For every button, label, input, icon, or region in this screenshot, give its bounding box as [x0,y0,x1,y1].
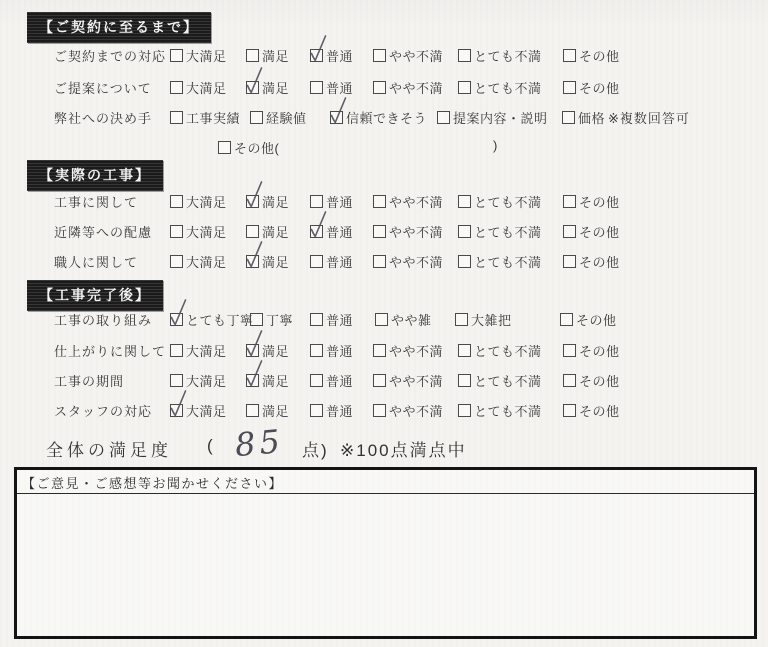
question-row: 工事の取り組みとても丁寧丁寧普通やや雑大雑把その他 [0,310,768,330]
question-label: スタッフの対応 [54,401,152,420]
answer-option: やや雑 [375,310,432,329]
answer-option: とても不満 [458,252,542,271]
option-label: その他 [579,404,620,419]
answer-option: 大満足 [170,46,227,65]
answer-option: 大満足 [170,401,227,420]
option-label: 満足 [262,255,289,270]
option-label: 普通 [326,49,353,64]
answer-option: その他( [218,138,279,157]
check-mark-icon [244,239,265,270]
checkbox[interactable] [562,111,575,124]
max-points-note: ※100点満点中 [340,436,467,461]
comment-box: 【ご意見・ご感想等お聞かせください】 [14,467,757,639]
answer-option: 経験値 [250,108,307,127]
checkbox-checked[interactable] [170,404,183,417]
answer-option: 普通 [310,46,353,65]
multi-answer-note: ※複数回答可 [608,108,690,127]
answer-option: その他 [563,371,620,390]
answer-option: 大満足 [170,78,227,97]
question-label: ご契約までの対応 [54,46,166,65]
answer-option: 普通 [310,401,353,420]
option-label: やや不満 [389,81,443,96]
option-label: とても不満 [474,344,542,359]
checkbox-checked[interactable] [310,49,323,62]
option-label: 満足 [262,374,289,389]
checkbox[interactable] [310,195,323,208]
checkbox[interactable] [563,225,576,238]
answer-option: 普通 [310,341,353,360]
option-label: とても不満 [474,49,542,64]
question-label: 弊社への決め手 [54,108,152,127]
checkbox[interactable] [170,49,183,62]
checkbox[interactable] [563,374,576,387]
checkbox[interactable] [170,344,183,357]
option-label: やや不満 [389,344,443,359]
comment-box-label: 【ご意見・ご感想等お聞かせください】 [22,473,283,492]
option-label: 工事実績 [186,111,240,126]
answer-option: 大雑把 [455,310,512,329]
option-label: 丁寧 [266,313,293,328]
answer-option: その他 [563,78,620,97]
checkbox[interactable] [560,313,573,326]
checkbox[interactable] [310,81,323,94]
checkbox[interactable] [458,374,471,387]
checkbox[interactable] [310,404,323,417]
answer-option: 価格 [562,108,605,127]
answer-option: とても不満 [458,46,542,65]
checkbox[interactable] [310,255,323,268]
section-header: 【ご契約に至るまで】 [27,12,211,43]
answer-option: 満足 [246,371,289,390]
answer-option: とても丁寧 [170,310,254,329]
answer-option: やや不満 [373,46,443,65]
open-paren: ( [207,436,213,456]
option-label: 満足 [262,81,289,96]
option-label: とても不満 [474,195,542,210]
option-label: 普通 [326,81,353,96]
question-row: その他() [0,138,768,158]
checkbox-checked[interactable] [170,313,183,326]
close-paren: ) [493,138,497,153]
question-label: 工事に関して [54,192,138,211]
option-label: その他 [579,49,620,64]
answer-option: やや不満 [373,341,443,360]
comment-label-divider [17,493,754,494]
option-label: 普通 [326,313,353,328]
checkbox[interactable] [170,255,183,268]
answer-option: その他 [563,46,620,65]
checkbox[interactable] [563,255,576,268]
checkbox-checked[interactable] [246,195,259,208]
answer-option: とても不満 [458,401,542,420]
option-label: その他 [579,255,620,270]
option-label: 普通 [326,344,353,359]
answer-option: 満足 [246,78,289,97]
checkbox[interactable] [246,49,259,62]
check-mark-icon [244,179,265,210]
question-row: 近隣等への配慮大満足満足普通やや不満とても不満その他 [0,222,768,242]
checkbox[interactable] [250,313,263,326]
checkbox-checked[interactable] [246,344,259,357]
checkbox[interactable] [373,81,386,94]
option-label: 満足 [262,404,289,419]
check-mark-icon [308,33,329,64]
check-mark-icon [328,95,349,126]
question-label: 工事の期間 [54,371,124,390]
option-label: その他 [579,81,620,96]
answer-option: とても不満 [458,192,542,211]
option-label: 大満足 [186,255,227,270]
option-label: 価格 [578,111,605,126]
option-label: 大満足 [186,374,227,389]
answer-option: とても不満 [458,222,542,241]
answer-option: 信頼できそう [330,108,427,127]
answer-option: その他 [563,401,620,420]
option-label: その他 [579,195,620,210]
option-label: 満足 [262,344,289,359]
option-label: やや不満 [389,195,443,210]
answer-option: その他 [563,341,620,360]
checkbox[interactable] [373,374,386,387]
option-label: その他( [234,141,279,156]
question-row: ご提案について大満足満足普通やや不満とても不満その他 [0,78,768,98]
check-mark-icon [168,388,189,419]
checkbox[interactable] [170,195,183,208]
option-label: 大満足 [186,344,227,359]
option-label: とても不満 [474,374,542,389]
option-label: 満足 [262,49,289,64]
checkbox[interactable] [458,404,471,417]
check-mark-icon [244,358,265,389]
answer-option: その他 [563,252,620,271]
option-label: 普通 [326,255,353,270]
section-header: 【工事完了後】 [27,280,163,311]
answer-option: とても不満 [458,341,542,360]
overall-score-label: 全体の満足度 [46,436,172,461]
answer-option: 普通 [310,252,353,271]
option-label: やや不満 [389,49,443,64]
checkbox[interactable] [170,81,183,94]
option-label: やや不満 [389,374,443,389]
question-row: 工事に関して大満足満足普通やや不満とても不満その他 [0,192,768,212]
checkbox[interactable] [563,195,576,208]
checkbox[interactable] [563,81,576,94]
option-label: 普通 [326,374,353,389]
checkbox[interactable] [563,344,576,357]
overall-score-value-handwritten: 85 [233,422,285,464]
checkbox[interactable] [373,404,386,417]
question-label: 工事の取り組み [54,310,152,329]
answer-option: 普通 [310,310,353,329]
question-row: 仕上がりに関して大満足満足普通やや不満とても不満その他 [0,341,768,361]
checkbox[interactable] [246,225,259,238]
checkbox[interactable] [375,313,388,326]
option-label: 大満足 [186,195,227,210]
checkbox[interactable] [310,374,323,387]
answer-option: やや不満 [373,371,443,390]
checkbox[interactable] [458,225,471,238]
option-label: 満足 [262,195,289,210]
option-label: 提案内容・説明 [453,111,548,126]
option-label: 大満足 [186,81,227,96]
answer-option: 満足 [246,192,289,211]
question-row: スタッフの対応大満足満足普通やや不満とても不満その他 [0,401,768,421]
checkbox[interactable] [373,225,386,238]
answer-option: 大満足 [170,341,227,360]
question-label: 職人に関して [54,252,138,271]
checkbox[interactable] [170,111,183,124]
points-close-paren: 点) [302,436,329,461]
answer-option: とても不満 [458,371,542,390]
option-label: 普通 [326,195,353,210]
checkbox[interactable] [458,195,471,208]
answer-option: とても不満 [458,78,542,97]
answer-option: 満足 [246,252,289,271]
checkbox[interactable] [455,313,468,326]
answer-option: やや不満 [373,192,443,211]
checkbox-checked[interactable] [246,81,259,94]
option-label: やや不満 [389,255,443,270]
check-mark-icon [168,297,189,328]
checkbox[interactable] [458,81,471,94]
answer-option: 満足 [246,46,289,65]
option-label: やや不満 [389,225,443,240]
answer-option: 普通 [310,371,353,390]
option-label: とても不満 [474,81,542,96]
checkbox-checked[interactable] [310,225,323,238]
option-label: とても不満 [474,225,542,240]
answer-option: その他 [560,310,617,329]
answer-option: その他 [563,222,620,241]
checkbox-checked[interactable] [246,255,259,268]
section-header: 【実際の工事】 [27,160,163,191]
checkbox[interactable] [373,344,386,357]
checkbox[interactable] [373,195,386,208]
option-label: とても不満 [474,255,542,270]
answer-option: 普通 [310,222,353,241]
option-label: 大満足 [186,49,227,64]
question-row: ご契約までの対応大満足満足普通やや不満とても不満その他 [0,46,768,66]
checkbox[interactable] [373,255,386,268]
option-label: その他 [576,313,617,328]
option-label: 信頼できそう [346,111,427,126]
answer-option: やや不満 [373,222,443,241]
option-label: 満足 [262,225,289,240]
checkbox[interactable] [373,49,386,62]
option-label: 経験値 [266,111,307,126]
option-label: とても不満 [474,404,542,419]
overall-score-row: 全体の満足度 ( 85 点) ※100点満点中 [0,430,768,464]
answer-option: 大満足 [170,222,227,241]
answer-option: やや不満 [373,78,443,97]
checkbox-checked[interactable] [246,374,259,387]
option-label: その他 [579,344,620,359]
checkbox[interactable] [563,49,576,62]
answer-option: 大満足 [170,252,227,271]
checkbox[interactable] [246,404,259,417]
answer-option: やや不満 [373,252,443,271]
option-label: とても丁寧 [186,313,254,328]
answer-option: 工事実績 [170,108,240,127]
question-row: 工事の期間大満足満足普通やや不満とても不満その他 [0,371,768,391]
comment-input-area[interactable] [17,495,754,636]
question-row: 弊社への決め手工事実績経験値信頼できそう提案内容・説明価格※複数回答可 [0,108,768,128]
checkbox[interactable] [310,344,323,357]
checkbox[interactable] [458,49,471,62]
answer-option: 提案内容・説明 [437,108,548,127]
survey-form-page: 【ご契約に至るまで】ご契約までの対応大満足満足普通やや不満とても不満その他ご提案… [0,0,768,647]
checkbox[interactable] [437,111,450,124]
option-label: その他 [579,374,620,389]
checkbox-checked[interactable] [330,111,343,124]
check-mark-icon [244,65,265,96]
answer-option: 満足 [246,401,289,420]
question-label: ご提案について [54,78,152,97]
option-label: やや雑 [391,313,432,328]
check-mark-icon [308,209,329,240]
answer-option: 大満足 [170,192,227,211]
question-row: 職人に関して大満足満足普通やや不満とても不満その他 [0,252,768,272]
option-label: 普通 [326,404,353,419]
checkbox[interactable] [563,404,576,417]
checkbox[interactable] [250,111,263,124]
checkbox[interactable] [458,255,471,268]
check-mark-icon [244,328,265,359]
option-label: 普通 [326,225,353,240]
answer-option: 丁寧 [250,310,293,329]
answer-option: やや不満 [373,401,443,420]
option-label: やや不満 [389,404,443,419]
question-label: 仕上がりに関して [54,341,166,360]
answer-option: その他 [563,192,620,211]
option-label: 大満足 [186,404,227,419]
checkbox[interactable] [458,344,471,357]
checkbox[interactable] [170,374,183,387]
checkbox[interactable] [310,313,323,326]
option-label: 大満足 [186,225,227,240]
option-label: その他 [579,225,620,240]
checkbox[interactable] [218,141,231,154]
question-label: 近隣等への配慮 [54,222,152,241]
checkbox[interactable] [170,225,183,238]
option-label: 大雑把 [471,313,512,328]
